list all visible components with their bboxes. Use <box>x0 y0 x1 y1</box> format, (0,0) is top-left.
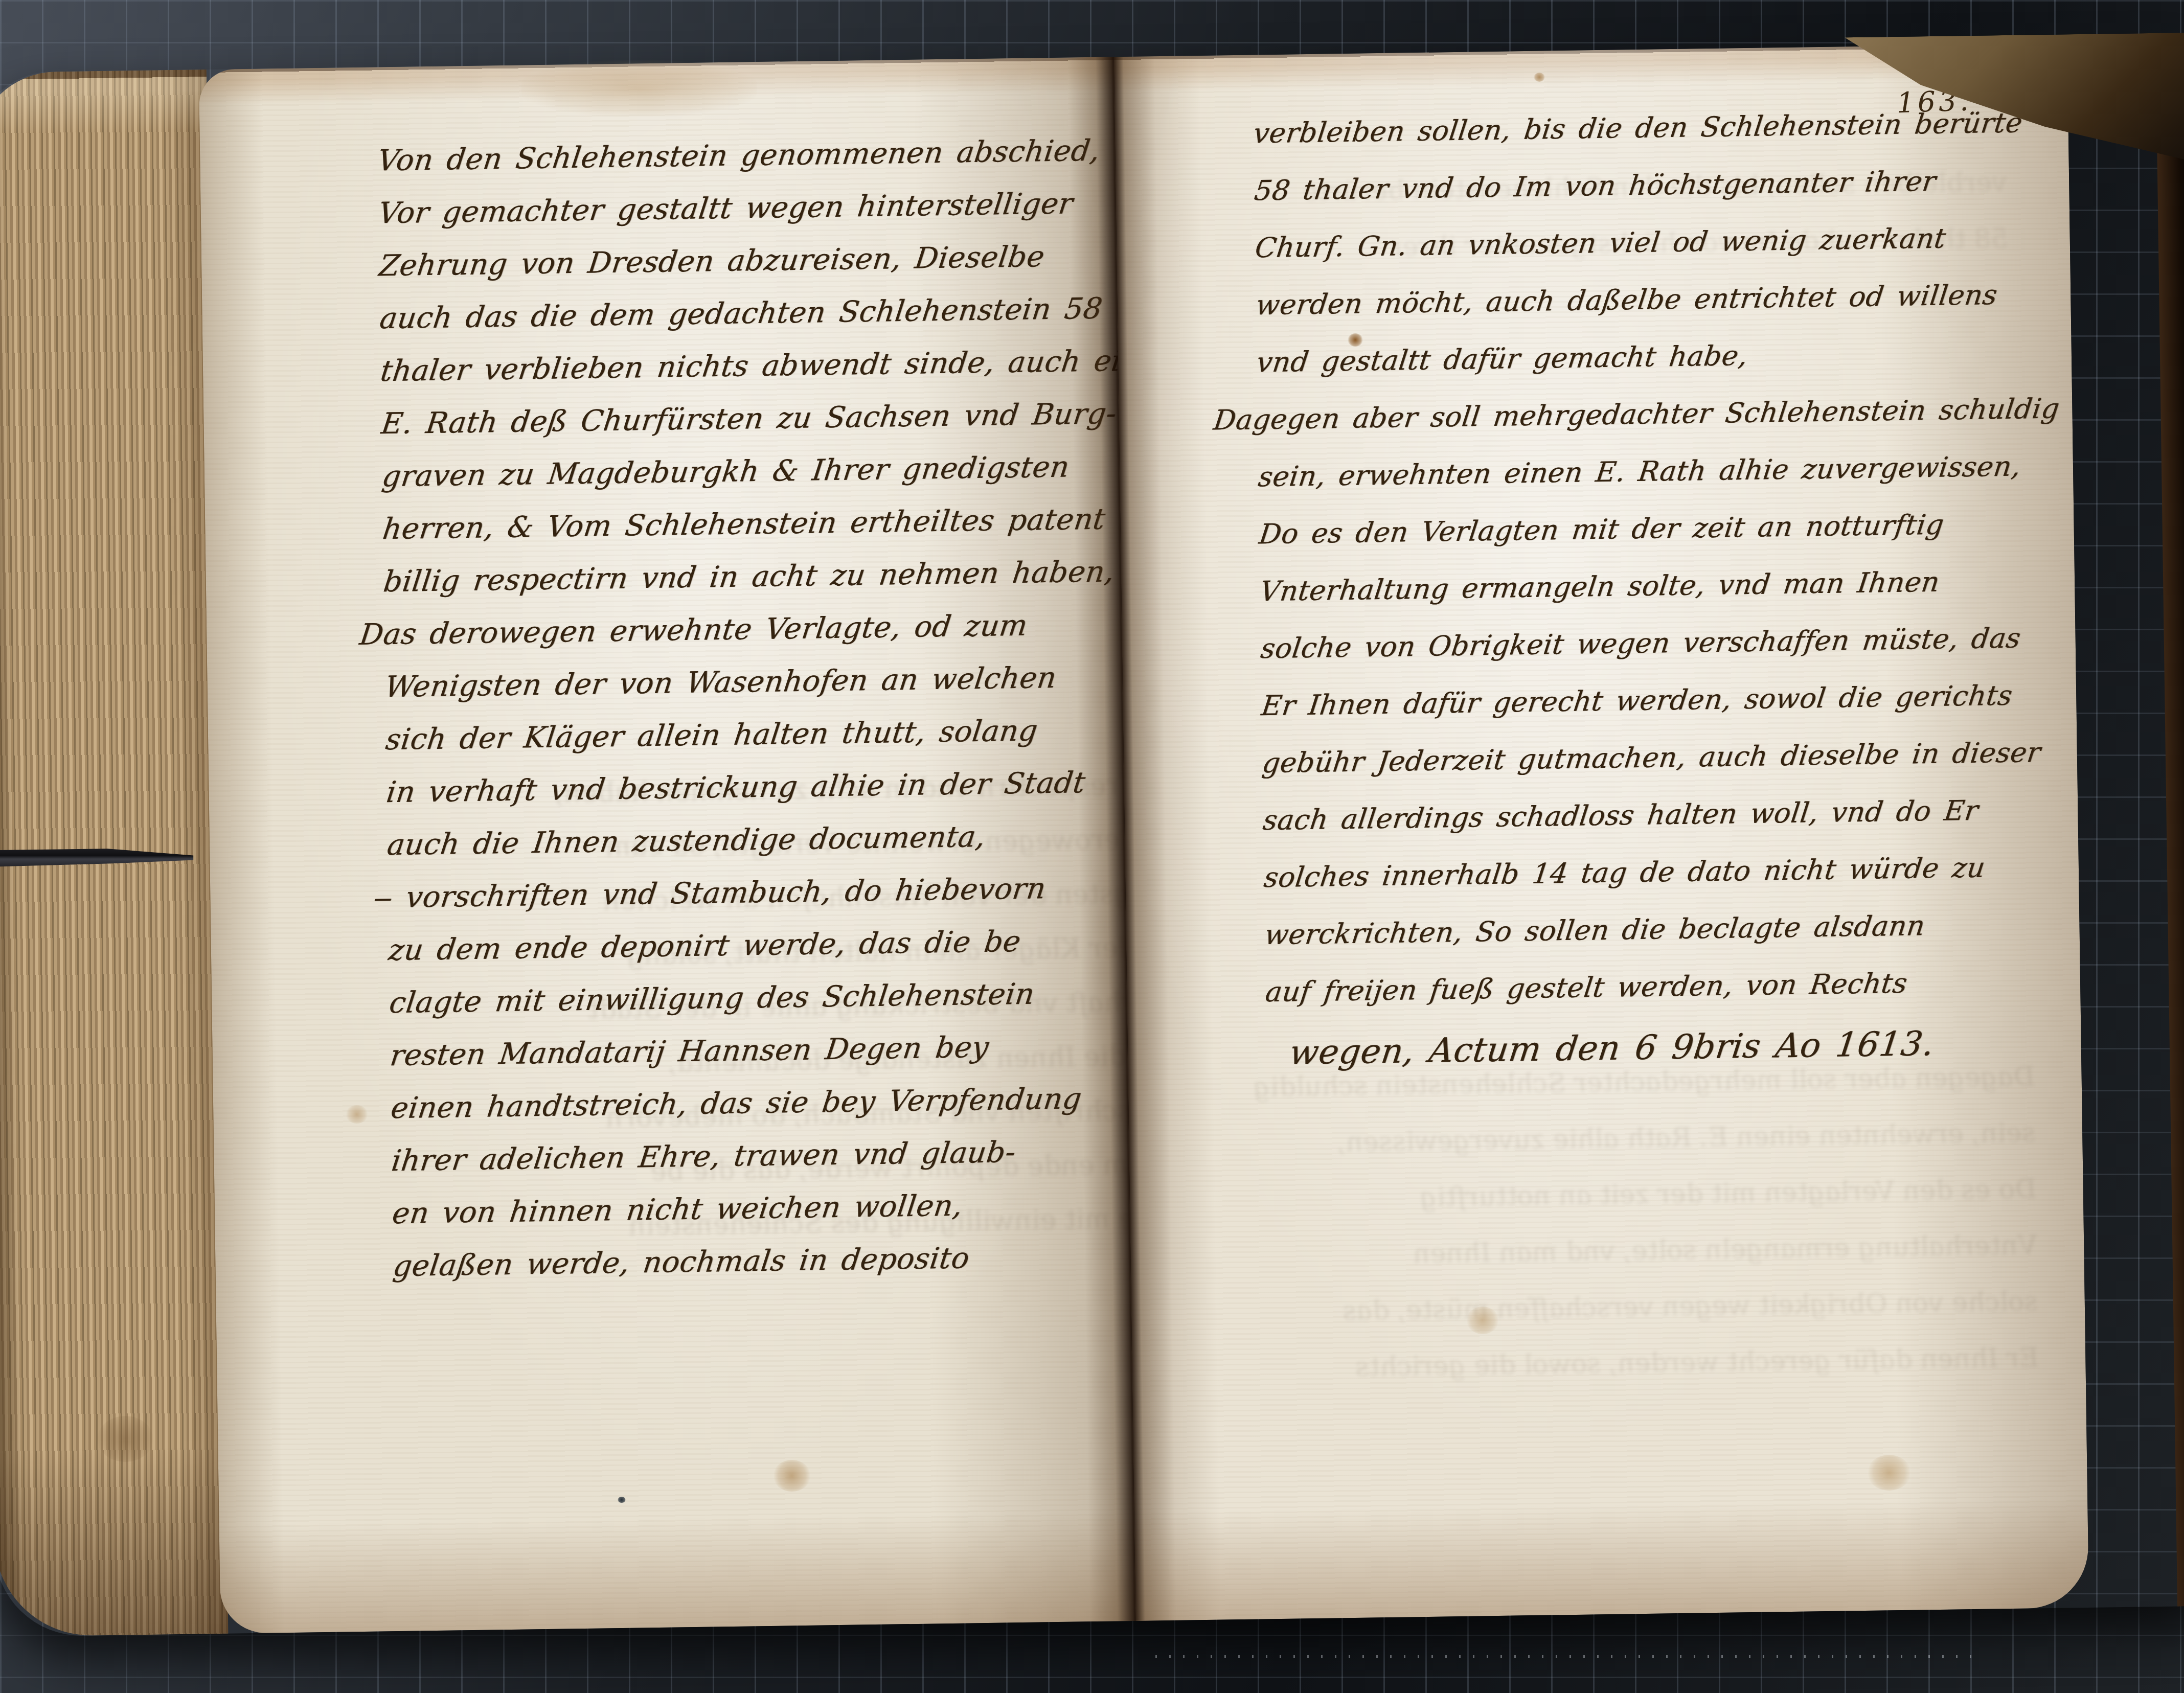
manuscript-line: Vnterhaltung ermangeln solte, vnd man Ih… <box>1255 564 2064 632</box>
manuscript-line: Zehrung von Dresden abzureisen, Dieselbe <box>375 238 1135 302</box>
manuscript-book: billig respectirn vnd in acht zu nehmen … <box>0 42 2184 1637</box>
manuscript-line: sein, erwehnten einen E. Rath alhie zuve… <box>1253 449 2062 518</box>
manuscript-line: Vor gemachter gestaltt wegen hinterstell… <box>374 186 1136 249</box>
manuscript-line: zu dem ende deponirt werde, das die be <box>384 922 1136 986</box>
manuscript-line: billig respectirn vnd in acht zu nehmen … <box>379 554 1136 618</box>
manuscript-line: graven zu Magdeburgkh & Ihrer gnedigsten <box>378 449 1136 513</box>
manuscript-line: Von den Schlehenstein genommenen abschie… <box>373 133 1135 197</box>
left-page-text: Von den Schlehenstein genommenen abschie… <box>376 133 1135 1302</box>
manuscript-line: in verhaft vnd bestrickung alhie in der … <box>382 764 1135 828</box>
manuscript-line: einen handtstreich, das sie bey Verpfend… <box>386 1080 1135 1144</box>
manuscript-line: Do es den Verlagten mit der zeit an nott… <box>1254 507 2063 575</box>
manuscript-photo: billig respectirn vnd in acht zu nehmen … <box>0 0 2184 1693</box>
ruler-ticks <box>1155 1655 1984 1658</box>
manuscript-line: herren, & Vom Schlehenstein ertheiltes p… <box>378 501 1135 565</box>
manuscript-line: auf freijen fueß gestelt werden, von Rec… <box>1260 965 2069 1033</box>
manuscript-line: werden möcht, auch daßelbe entrichtet od… <box>1251 278 2060 346</box>
right-page: verbleiben sollen, bis die den Schlehens… <box>1114 43 2089 1621</box>
manuscript-line: resten Mandatarij Hannsen Degen bey <box>386 1027 1136 1091</box>
manuscript-line: Churf. Gn. an vnkosten viel od wenig zue… <box>1250 220 2059 289</box>
manuscript-line: werckrichten, So sollen die beclagte als… <box>1260 907 2068 976</box>
manuscript-line: 58 thaler vnd do Im von höchstgenanter i… <box>1249 163 2058 232</box>
manuscript-line: sich der Kläger allein halten thutt, sol… <box>381 712 1135 775</box>
manuscript-line: clagte mit einwilligung des Schlehenstei… <box>385 975 1135 1039</box>
right-page-text: verbleiben sollen, bis die den Schlehens… <box>1252 106 2067 1095</box>
manuscript-line: vnd gestaltt dafür gemacht habe, <box>1252 335 2060 403</box>
left-page: billig respectirn vnd in acht zu nehmen … <box>199 57 1136 1634</box>
manuscript-line: wegen, Actum den 6 9bris Ao 1613. <box>1285 1022 2071 1094</box>
manuscript-line: E. Rath deß Churfürsten zu Sachsen vnd B… <box>377 396 1135 460</box>
manuscript-line: solche von Obrigkeit wegen verschaffen m… <box>1256 621 2064 690</box>
manuscript-line: ihrer adelichen Ehre, trawen vnd glaub- <box>387 1133 1135 1197</box>
manuscript-line: auch das die dem gedachten Schlehenstein… <box>375 291 1135 355</box>
manuscript-line: Er Ihnen dafür gerecht werden, sowol die… <box>1257 678 2065 747</box>
manuscript-line: gelaßen werde, nochmals in deposito <box>389 1238 1135 1302</box>
manuscript-line: Wenigsten der von Wasenhofen an welchen <box>380 659 1135 723</box>
manuscript-line: gebühr Jederzeit gutmachen, auch dieselb… <box>1257 736 2066 804</box>
manuscript-line: solches innerhalb 14 tag de dato nicht w… <box>1259 850 2067 919</box>
manuscript-line: Er Ihnen dafür gerecht werden, sowol die… <box>1190 1342 2041 1410</box>
show-through-text: Dagegen aber soll mehrgedachter Schlehen… <box>1189 1061 2037 1410</box>
manuscript-line: sach allerdings schadloss halten woll, v… <box>1258 793 2067 861</box>
manuscript-line: verbleiben sollen, bis die den Schlehens… <box>1248 106 2057 174</box>
manuscript-line: thaler verblieben nichts abwendt sinde, … <box>376 344 1136 407</box>
manuscript-line: en von hinnen nicht weichen wollen, <box>388 1185 1136 1249</box>
manuscript-line: auch die Ihnen zustendige documenta, <box>383 817 1136 881</box>
